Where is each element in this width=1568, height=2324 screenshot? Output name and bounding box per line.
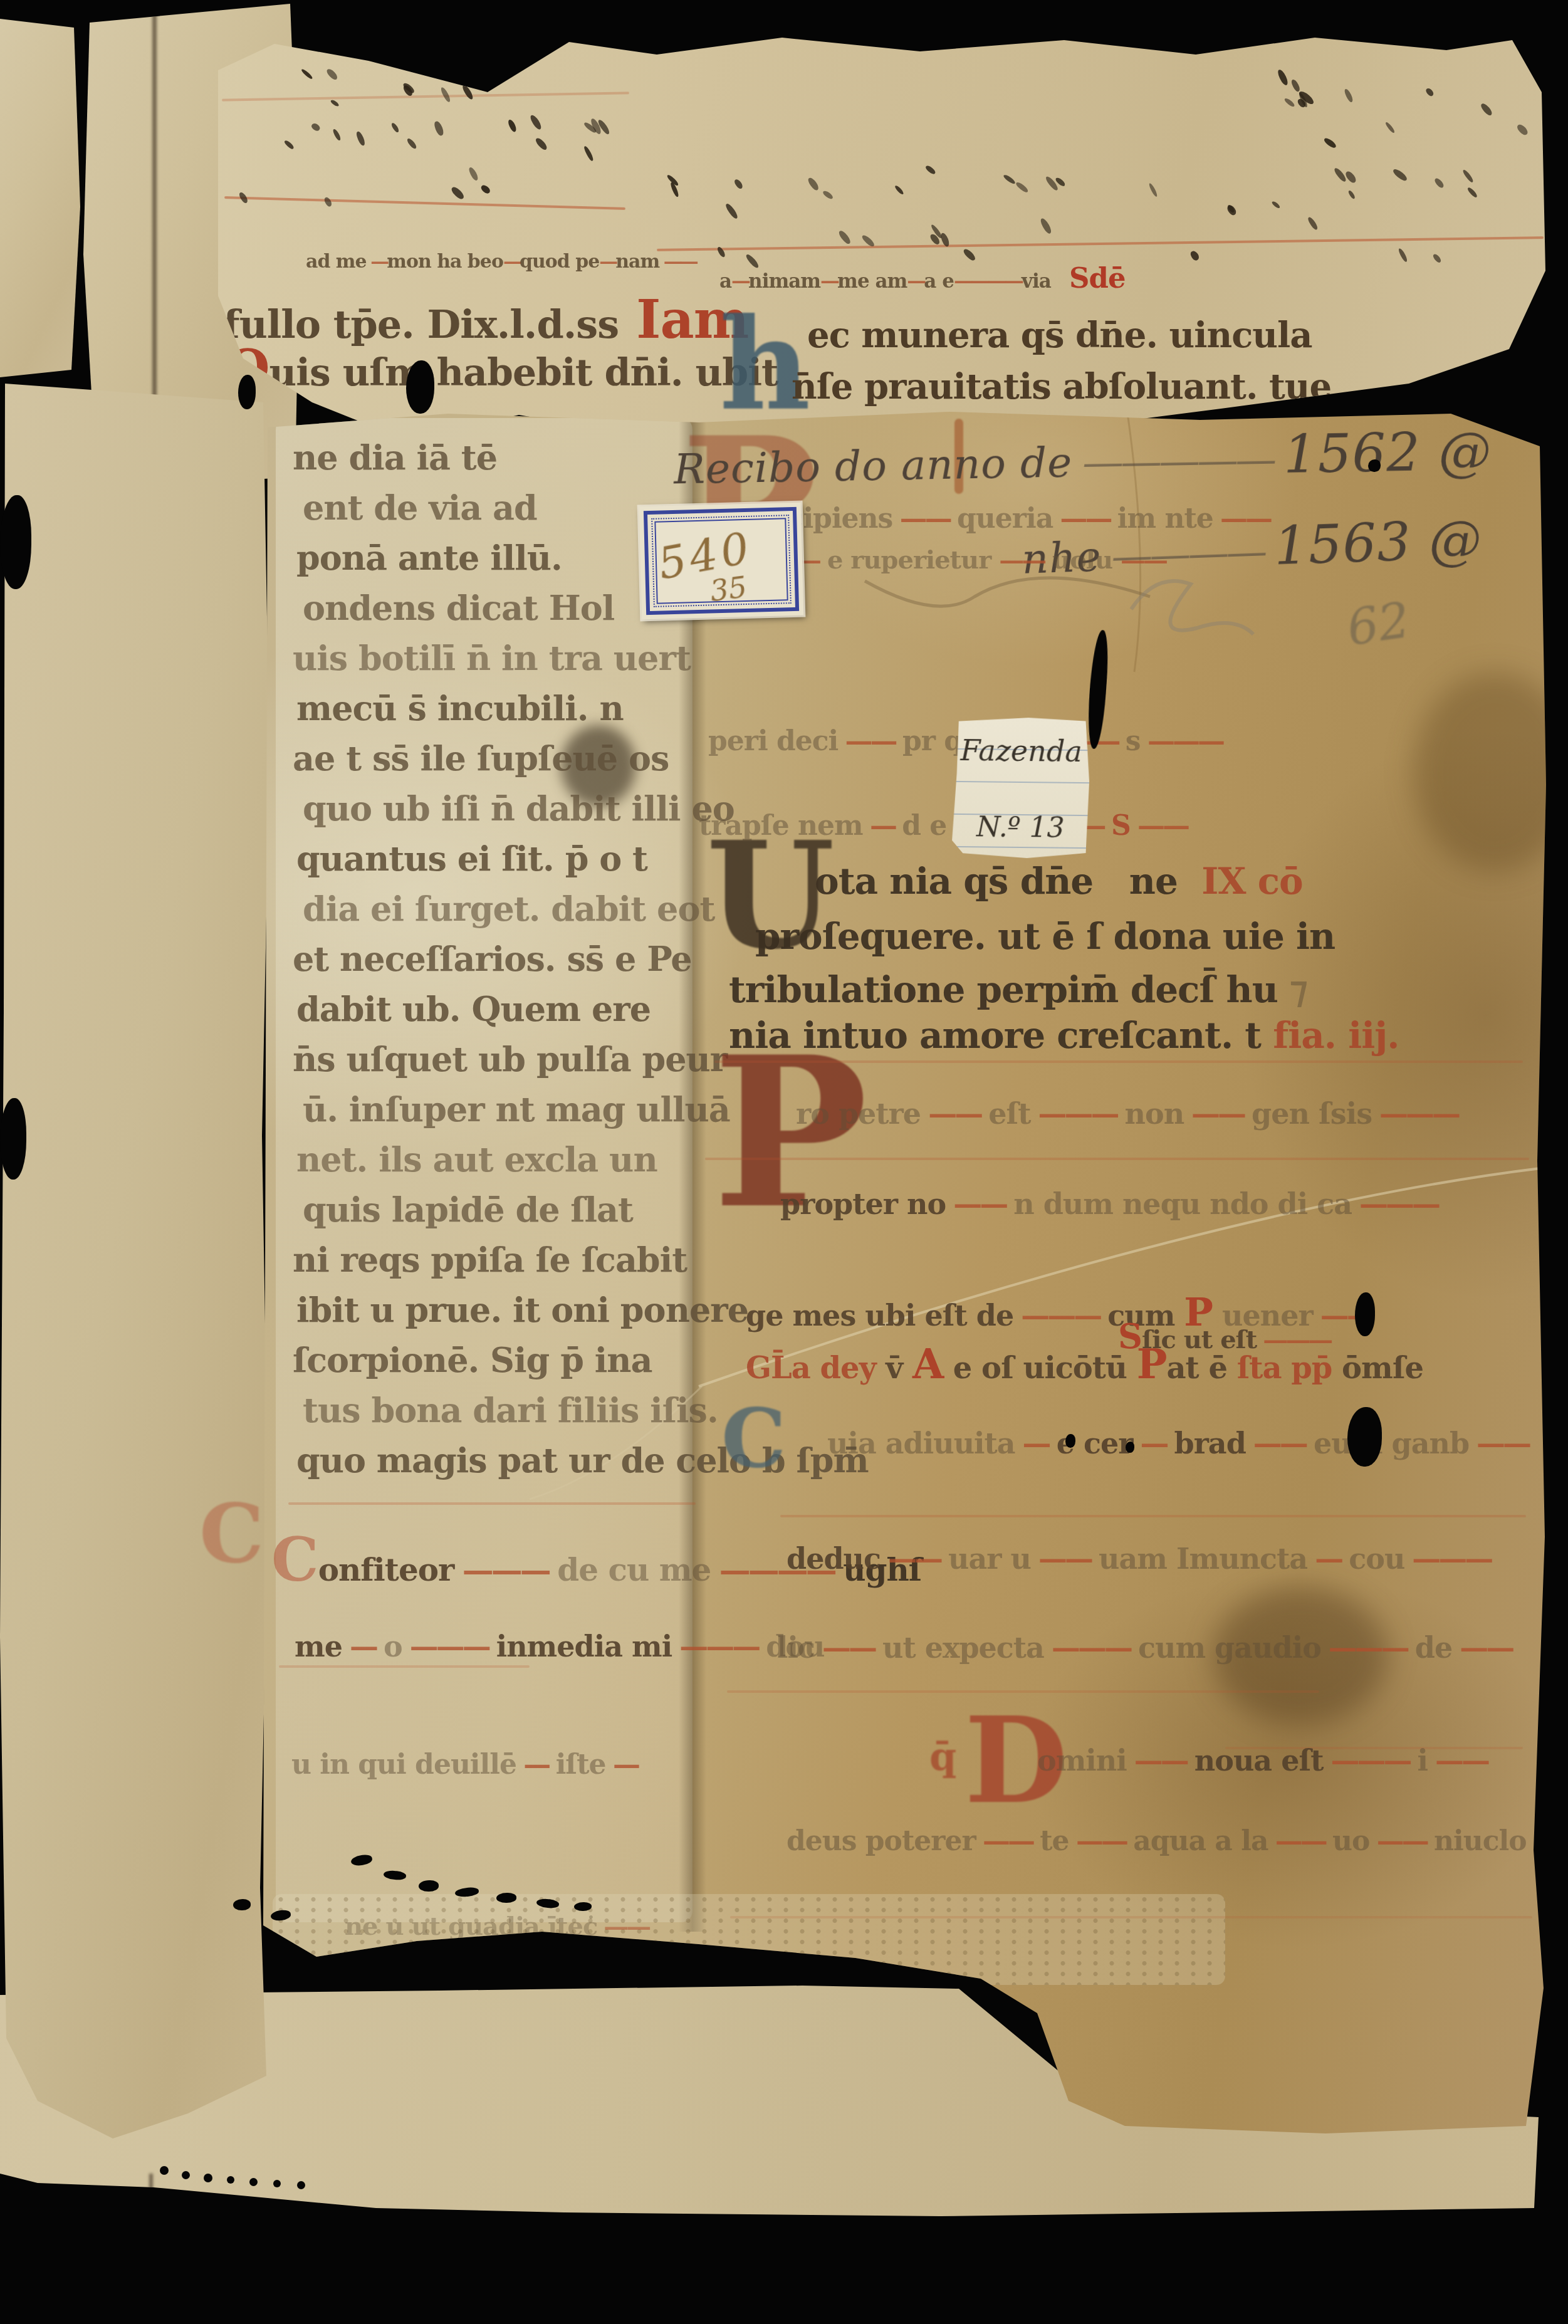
text-segment: —— xyxy=(1428,1744,1488,1777)
text-segment: ——— xyxy=(1044,1631,1138,1665)
text-segment: e ruperietur xyxy=(819,545,999,575)
text-segment: —— xyxy=(597,1912,649,1941)
chant-faint-line: ro petre —— eſt ——— non —— gen ſsis ——— xyxy=(796,1097,1458,1131)
text-segment: proſequere. ut ē ſ dona uie in xyxy=(755,915,1335,958)
text-segment: —— xyxy=(881,1542,948,1576)
text-segment: —— xyxy=(1127,1744,1194,1777)
text-segment: —— xyxy=(838,725,902,757)
collect-text-line: n̄ſe prauitatis abſoluant. tue xyxy=(792,366,1331,407)
neume-mark xyxy=(507,118,518,133)
stitch-hole xyxy=(182,2171,190,2179)
gothic-text-line: quantus ei ſit. p̄ o t xyxy=(296,834,700,884)
neume-mark xyxy=(1344,170,1357,184)
text-segment: — xyxy=(1307,1542,1349,1576)
neume-mark xyxy=(283,140,295,150)
text-segment: — xyxy=(1132,1426,1174,1460)
text-segment: mon ha beo xyxy=(387,251,503,273)
text-segment: —— xyxy=(1053,503,1117,535)
text-segment: 1563 xyxy=(1273,511,1412,577)
text-segment: eſt xyxy=(988,1097,1030,1131)
neume-mark xyxy=(1466,186,1478,199)
text-segment: uolu xyxy=(1044,545,1121,575)
text-segment: omini xyxy=(1037,1744,1127,1777)
text-segment: ——— xyxy=(402,1630,496,1663)
text-segment: ſta xyxy=(1237,1351,1282,1386)
uota-line: tribulatione perpim̄ decſ̄ hu ⁊ xyxy=(729,968,1307,1011)
text-segment: —— xyxy=(815,1631,882,1665)
chant-text-line: a—nimam—me am—a e————via Sdē xyxy=(719,261,1126,295)
neume-mark xyxy=(325,67,339,81)
text-segment: ne u ut guadia īteċ xyxy=(345,1912,597,1941)
gothic-text-line: ondens dicat Hol xyxy=(303,583,700,633)
neume-mark xyxy=(1226,204,1237,216)
text-segment: ro petre xyxy=(796,1097,921,1131)
text-segment: ad me xyxy=(306,251,367,273)
neume-mark xyxy=(1462,169,1474,184)
verso-chant-line: ne u ut guadia īteċ —— xyxy=(345,1912,649,1941)
main-manuscript-leaf: ne dia iā tēent de via adponā ante illū.… xyxy=(260,409,1551,2142)
text-segment: —— xyxy=(1268,1825,1332,1857)
text-segment: S xyxy=(1111,810,1131,842)
text-segment: —— xyxy=(921,1097,988,1131)
tear-hole xyxy=(1355,1292,1375,1336)
text-segment: im nte xyxy=(1117,503,1213,535)
text-segment: ——— xyxy=(1323,1744,1417,1777)
text-segment: @ xyxy=(1410,508,1483,572)
neume-mark xyxy=(1307,216,1319,231)
archive-label: Fazenda N.º 13 xyxy=(952,717,1090,859)
neume-mark xyxy=(1433,177,1445,189)
neume-mark xyxy=(1039,217,1053,234)
text-segment: — xyxy=(820,270,837,293)
neume-mark xyxy=(534,137,548,152)
manuscript-photograph: ad me —mon ha beo—quod pe—nam —— a—nimam… xyxy=(0,0,1568,2324)
text-segment: —— xyxy=(1184,1097,1252,1131)
tear-hole xyxy=(1347,1407,1382,1467)
neume-mark xyxy=(939,232,951,248)
tear-hole xyxy=(238,375,256,409)
text-segment: C xyxy=(271,1526,318,1595)
gothic-text-line: ae t ss̄ ile ſupſeuē os xyxy=(293,733,700,783)
text-segment: —— xyxy=(1527,1825,1568,1857)
neume-mark xyxy=(1271,200,1281,209)
stitch-hole xyxy=(273,2180,281,2187)
stitch-hole xyxy=(204,2174,212,2182)
text-segment: —— xyxy=(1069,1825,1134,1857)
neume-mark xyxy=(837,229,852,245)
neume-mark xyxy=(406,137,418,150)
text-segment: —— xyxy=(1246,1426,1314,1460)
text-segment: d e xyxy=(902,810,946,842)
text-segment xyxy=(1093,860,1129,903)
text-segment: peri deci xyxy=(708,725,838,757)
text-segment: s xyxy=(1126,725,1141,757)
pencil-note: 62 xyxy=(1344,593,1413,657)
gothic-text-line: et neceſſarios. ss̄ e Pe xyxy=(293,934,700,984)
text-segment: euin ganb xyxy=(1314,1426,1469,1460)
text-segment: ōmſe xyxy=(1332,1351,1423,1386)
text-segment: — xyxy=(342,1630,384,1663)
gothic-text-line: tus bona dari filiis iſis. xyxy=(303,1385,700,1435)
text-segment: —— xyxy=(1213,503,1270,535)
text-segment: deus poterer xyxy=(787,1825,976,1857)
text-segment: uar u xyxy=(948,1542,1031,1576)
text-segment: —— xyxy=(946,1187,1013,1221)
neume-mark xyxy=(924,165,936,176)
neume-mark xyxy=(479,184,491,195)
neume-mark xyxy=(822,189,834,200)
text-segment: onfiteor xyxy=(318,1551,454,1588)
text-segment: de xyxy=(1415,1631,1452,1665)
chant-initial-c-blue: C xyxy=(721,1398,786,1479)
text-segment: propter no xyxy=(780,1187,946,1221)
text-segment: dey xyxy=(810,1351,886,1386)
text-segment: —— xyxy=(1121,545,1166,575)
verso-text-column: ne dia iā tēent de via adponā ante illū.… xyxy=(293,432,700,1485)
recto-staff-line xyxy=(705,1158,1529,1160)
text-segment: te xyxy=(1040,1825,1069,1857)
parchment-fragment-top-left xyxy=(0,19,81,379)
text-segment: noua eſt xyxy=(1194,1744,1324,1777)
neume-mark xyxy=(1002,173,1016,185)
neume-mark xyxy=(724,202,739,220)
recto-staff-line xyxy=(714,1060,1523,1063)
text-segment: cum gaudio xyxy=(1138,1631,1321,1665)
text-segment: brad xyxy=(1174,1426,1245,1460)
neume-mark xyxy=(1432,253,1443,264)
neume-mark xyxy=(1322,137,1337,150)
tear-hole xyxy=(0,495,31,589)
neume-mark xyxy=(583,145,595,162)
text-segment: deduc xyxy=(787,1542,881,1576)
tear-hole xyxy=(1368,459,1381,472)
text-segment: ——— xyxy=(1321,1631,1415,1665)
text-segment: ——— xyxy=(672,1630,766,1663)
text-segment: o xyxy=(384,1630,402,1663)
text-segment: iſte xyxy=(556,1749,606,1781)
neume-mark xyxy=(310,122,321,132)
verso-staff-line xyxy=(288,1502,696,1505)
verso-chant-line: me — o ——— inmedia mi ——— dou xyxy=(295,1630,825,1663)
text-segment: e oſ uicōtū xyxy=(943,1351,1137,1386)
chant-faint-line: propter no —— n dum nequ ndo di ca ——— xyxy=(780,1187,1438,1221)
illuminated-initial-h-blue: h xyxy=(719,302,810,427)
text-segment: — xyxy=(516,1749,556,1781)
neume-mark xyxy=(1277,69,1290,86)
text-segment: i xyxy=(1418,1744,1428,1777)
text-segment: queria xyxy=(957,503,1053,535)
tear-hole xyxy=(0,1098,26,1180)
text-segment: de cu me xyxy=(557,1551,711,1588)
text-segment: uia adiuuita xyxy=(827,1426,1015,1460)
rubric-text-line: Quis uſm habebit dn̄i. ubit xyxy=(226,338,778,398)
text-segment: — xyxy=(907,270,924,293)
neume-mark xyxy=(450,186,466,201)
neume-mark xyxy=(716,246,726,258)
lace-tear xyxy=(496,1893,516,1903)
text-segment: u in qui deuillē xyxy=(291,1749,516,1781)
text-segment: ——— xyxy=(1352,1187,1438,1221)
neume-mark xyxy=(861,233,876,248)
text-segment: —— xyxy=(999,545,1044,575)
text-segment: niuclo xyxy=(1434,1825,1527,1857)
text-segment: P xyxy=(1137,1341,1167,1388)
text-segment: uam Imuncta xyxy=(1099,1542,1307,1576)
text-segment: ————— xyxy=(1072,434,1284,486)
archive-stamp: 540 35 xyxy=(639,503,804,620)
text-segment: IX cō xyxy=(1189,860,1303,903)
text-segment: cou xyxy=(1349,1542,1404,1576)
label-number: N.º 13 xyxy=(952,811,1089,844)
gothic-text-line: ibit u prue. it oni ponere xyxy=(296,1285,700,1335)
text-segment: fia. iij. xyxy=(1273,1014,1399,1057)
verso-chant-line: u in qui deuillē — iſte — xyxy=(291,1749,638,1781)
text-segment: gen ſsis xyxy=(1252,1097,1372,1131)
text-segment: —— xyxy=(1031,1542,1099,1576)
neume-mark xyxy=(330,98,339,107)
text-segment: — xyxy=(367,251,387,273)
stamp-number-bottom: 35 xyxy=(708,570,749,608)
gothic-text-line: quo magis pat ur de celo b ſpm̄ xyxy=(296,1435,700,1485)
text-segment: — xyxy=(1015,1426,1057,1460)
neume-mark xyxy=(323,196,333,207)
text-segment: nam xyxy=(615,251,659,273)
chant-faint-line: lic —— ut expecta ——— cum gaudio ——— de … xyxy=(777,1631,1512,1665)
label-title: Fazenda xyxy=(953,733,1090,768)
neume-mark xyxy=(461,84,474,101)
recto-staff-line xyxy=(730,1916,1532,1918)
text-segment: uis uſm habebit dn̄i. ubit xyxy=(269,351,778,395)
uota-line: ota nia qs̄ dn̄e ne IX cō xyxy=(815,860,1303,903)
gothic-text-line: net. ils aut excla un xyxy=(296,1134,700,1185)
text-segment: ——— xyxy=(1372,1097,1458,1131)
chant-faint-line: deus poterer —— te —— aqua a la —— uo ——… xyxy=(787,1825,1568,1857)
neume-mark xyxy=(1398,247,1409,262)
neume-mark xyxy=(355,130,366,146)
text-segment: —— xyxy=(1369,1825,1434,1857)
chant-initial-q-small-red: q̄ xyxy=(929,1737,956,1776)
neume-mark xyxy=(1290,78,1301,93)
stitch-hole xyxy=(249,2178,258,2186)
worm-hole xyxy=(1065,1434,1075,1448)
text-segment: n dum nequ ndo di ca xyxy=(1013,1187,1352,1221)
tear-hole xyxy=(406,360,434,414)
recto-staff-line xyxy=(780,1515,1526,1517)
text-segment: inmedia mi xyxy=(496,1630,672,1663)
text-segment: — xyxy=(863,810,902,842)
neume-mark xyxy=(733,178,744,190)
chant-text-line: ad me —mon ha beo—quod pe—nam —— xyxy=(306,251,696,273)
gothic-text-line: ſcorpionē. Sig p̄ ina xyxy=(293,1335,700,1385)
text-segment: nimam xyxy=(748,270,820,293)
neume-mark xyxy=(1480,102,1494,117)
text-segment: —— xyxy=(1452,1631,1512,1665)
collect-text-line: ec munera qs̄ dn̄e. uincula xyxy=(807,315,1312,356)
text-segment: ota nia qs̄ dn̄e xyxy=(815,860,1093,903)
neume-mark xyxy=(807,177,820,192)
parchment-fragment-left-strip: C xyxy=(0,384,273,2151)
text-segment: via xyxy=(1022,270,1051,293)
text-segment: —— xyxy=(1469,1426,1529,1460)
neume-mark xyxy=(1424,87,1435,98)
neume-mark xyxy=(238,191,249,204)
gothic-text-line: n̄s uſquet ub pulſa peur xyxy=(293,1034,700,1084)
neume-cluster xyxy=(657,164,1540,277)
gothic-text-line: ne dia iā tē xyxy=(293,432,700,483)
text-segment: Sdē xyxy=(1051,261,1126,295)
text-segment: Recibo do anno de xyxy=(674,438,1073,493)
neume-mark xyxy=(1015,181,1030,194)
text-segment: pp̄ xyxy=(1282,1351,1332,1386)
text-segment: non xyxy=(1125,1097,1184,1131)
text-segment: — xyxy=(606,1749,638,1781)
neume-mark xyxy=(962,248,976,262)
text-segment: 1562 xyxy=(1283,422,1421,486)
text-segment: aqua a la xyxy=(1133,1825,1268,1857)
faded-initial-c-red: C xyxy=(199,1493,264,1574)
neume-mark xyxy=(440,86,452,103)
neume-mark xyxy=(894,184,905,196)
stitch-hole xyxy=(160,2166,169,2175)
neume-mark xyxy=(1384,121,1395,133)
text-segment: ———— xyxy=(954,270,1022,293)
neume-mark xyxy=(1189,249,1200,261)
neume-cluster xyxy=(1277,67,1540,161)
text-segment: quod pe xyxy=(520,251,599,273)
text-segment: ——— xyxy=(1013,1299,1107,1332)
text-segment: ge mes ubi eſt de xyxy=(746,1299,1013,1332)
neume-mark xyxy=(1343,88,1354,103)
gothic-text-line: quo ub iſi n̄ dabit illi eo xyxy=(303,783,700,834)
text-segment: me am xyxy=(837,270,907,293)
text-segment: —— xyxy=(976,1825,1040,1857)
neume-mark xyxy=(300,68,313,80)
text-segment: GL̄a xyxy=(746,1351,810,1386)
gothic-text-line: uis botilī n̄ in tra uert xyxy=(293,633,700,683)
chant-faint-line: GL̄a dey v̄ A e oſ uicōtū Pat ē ſta pp̄ … xyxy=(746,1341,1423,1388)
uota-line: proſequere. ut ē ſ dona uie in xyxy=(755,915,1335,958)
worm-hole xyxy=(1126,1442,1134,1453)
text-segment: ——— xyxy=(454,1551,557,1588)
neume-mark xyxy=(433,120,445,137)
neume-mark xyxy=(1515,123,1529,137)
gothic-text-line: ni reqs ppiſa ſe ſcabit xyxy=(293,1235,700,1285)
neume-mark xyxy=(529,114,543,131)
text-segment: ——— xyxy=(1404,1542,1491,1576)
gothic-text-line: ū. inſuper nt mag ulluā xyxy=(303,1084,700,1134)
chant-faint-line: omini —— noua eſt ——— i —— xyxy=(1037,1744,1488,1777)
lace-tear xyxy=(233,1899,251,1910)
text-segment: ⁊ xyxy=(1278,968,1307,1011)
verso-staff-line xyxy=(279,1665,530,1668)
text-segment: ne xyxy=(1129,860,1189,903)
stitch-hole xyxy=(227,2176,234,2184)
neume-mark xyxy=(332,128,341,142)
neume-mark xyxy=(391,122,400,133)
lace-tear xyxy=(574,1902,592,1911)
text-segment: ut expecta xyxy=(882,1631,1044,1665)
stitch-hole xyxy=(297,2181,305,2189)
text-segment: tribulatione perpim̄ decſ̄ hu xyxy=(729,968,1278,1011)
text-segment: —— xyxy=(1131,810,1188,842)
gothic-text-line: dia ei ſurget. dabit eot xyxy=(303,884,700,934)
gothic-text-line: dabit ub. Quem ere xyxy=(296,984,700,1034)
neume-mark xyxy=(1348,190,1356,200)
neume-mark xyxy=(1392,167,1408,182)
text-segment: a e xyxy=(924,270,954,293)
text-segment: at ē xyxy=(1166,1351,1236,1386)
gothic-text-line: quis lapidē de ſlat xyxy=(303,1185,700,1235)
text-segment: —— xyxy=(659,251,696,273)
gothic-text-line: mecū s̄ incubili. n xyxy=(296,683,700,733)
text-segment: —— xyxy=(892,503,957,535)
neume-mark xyxy=(1284,97,1296,107)
text-segment: me xyxy=(295,1630,342,1663)
text-segment: A xyxy=(912,1341,943,1388)
text-segment: lic xyxy=(777,1631,815,1665)
neume-mark xyxy=(468,166,479,181)
parchment-slit xyxy=(149,2174,153,2216)
neume-mark xyxy=(1148,182,1158,197)
text-segment: — xyxy=(503,251,520,273)
text-segment: — xyxy=(599,251,615,273)
text-segment: ——— xyxy=(1030,1097,1124,1131)
text-segment: uo xyxy=(1332,1825,1369,1857)
neume-cluster xyxy=(224,67,625,230)
chant-faint-line: deduc —— uar u —— uam Imuncta — cou ——— xyxy=(787,1542,1491,1576)
chant-faint-line: uia adiuuita — e cer — brad —— euin ganb… xyxy=(827,1426,1529,1460)
chant-faint-line: —— e ruperietur —— uolu —— xyxy=(774,545,1166,575)
lace-tear xyxy=(419,1880,439,1892)
text-segment: @ xyxy=(1420,421,1492,483)
text-segment: v̄ xyxy=(886,1351,912,1386)
text-segment: ——— xyxy=(1141,725,1223,757)
